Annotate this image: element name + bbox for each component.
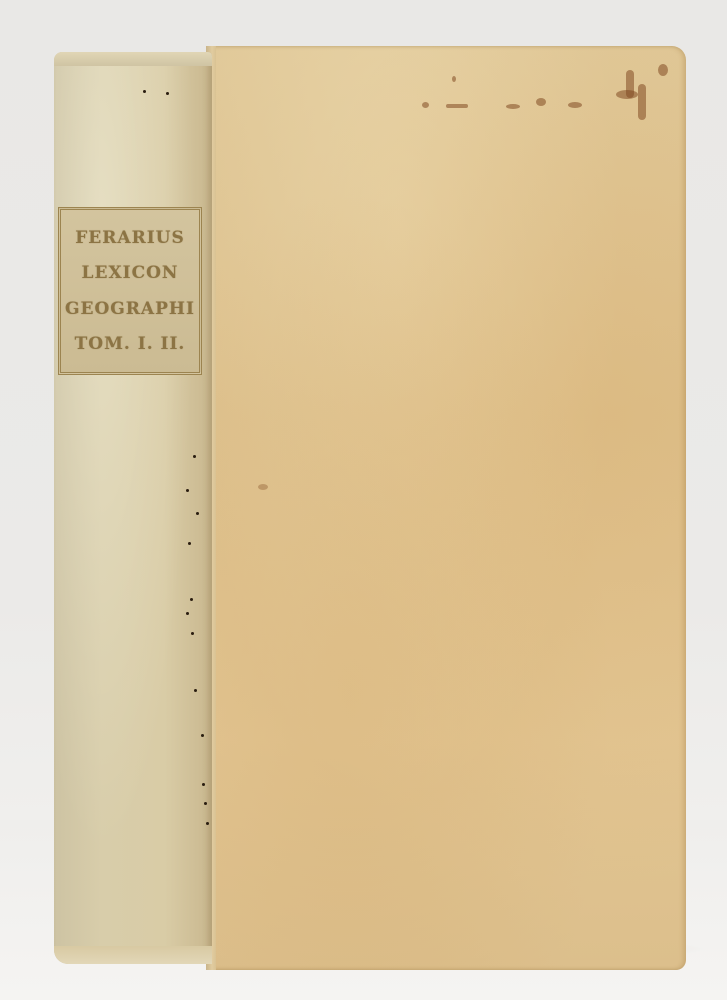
spine	[54, 52, 212, 964]
stain	[638, 84, 646, 120]
spine-label-subtitle: GEOGRAPHI.	[65, 299, 195, 319]
spine-label: FERARIUS LEXICON GEOGRAPHI. TOM. I. II.	[58, 207, 202, 375]
book: FERARIUS LEXICON GEOGRAPHI. TOM. I. II.	[0, 0, 727, 1000]
spine-label-author: FERARIUS	[65, 228, 195, 248]
wormhole	[201, 734, 204, 737]
stain	[422, 102, 429, 108]
front-cover	[206, 46, 686, 970]
wormhole	[191, 632, 194, 635]
stain	[452, 76, 456, 82]
wormhole	[204, 802, 207, 805]
stain	[506, 104, 520, 109]
wormhole	[188, 542, 191, 545]
stain	[536, 98, 546, 106]
wormhole	[186, 489, 189, 492]
stain	[258, 484, 268, 490]
wormhole	[202, 783, 205, 786]
wormhole	[193, 455, 196, 458]
spine-headcap	[54, 52, 212, 66]
stain	[568, 102, 582, 108]
wormhole	[186, 612, 189, 615]
wormhole	[166, 92, 169, 95]
spine-tailcap	[54, 946, 212, 964]
stain	[446, 104, 468, 108]
stain	[658, 64, 668, 76]
spine-label-title: LEXICON	[65, 263, 195, 283]
wormhole	[194, 689, 197, 692]
stain	[616, 90, 638, 99]
wormhole	[206, 822, 209, 825]
spine-label-volume: TOM. I. II.	[65, 334, 195, 354]
wormhole	[143, 90, 146, 93]
wormhole	[196, 512, 199, 515]
wormhole	[190, 598, 193, 601]
